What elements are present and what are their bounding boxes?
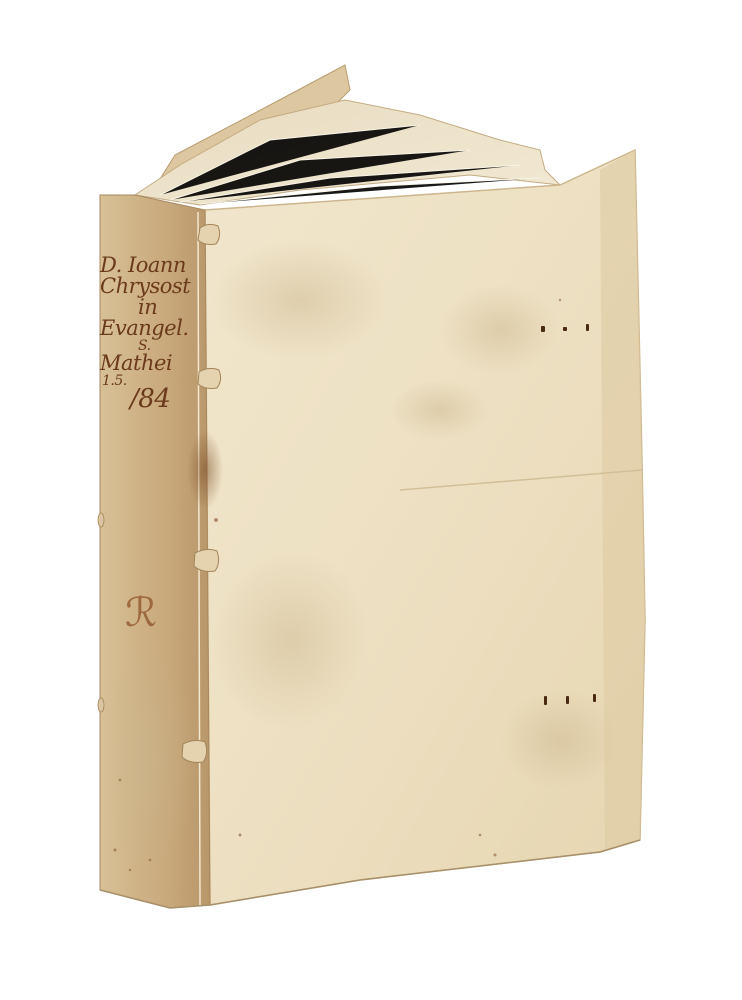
spine-lower-mark: ℛ: [125, 590, 157, 636]
book-photo: D. Ioann Chrysost in Evangel. S. Mathei …: [0, 0, 742, 1000]
spine-line-6: Mathei: [100, 353, 215, 374]
spine-line-2: Chrysost: [100, 276, 215, 297]
spine-line-8: /84: [100, 386, 215, 412]
spine-line-3: in: [100, 297, 215, 318]
book-illustration: [0, 0, 742, 1000]
spine-line-1: D. Ioann: [100, 255, 215, 276]
spine-title: D. Ioann Chrysost in Evangel. S. Mathei …: [100, 255, 215, 412]
spine-line-4: Evangel.: [100, 318, 215, 339]
